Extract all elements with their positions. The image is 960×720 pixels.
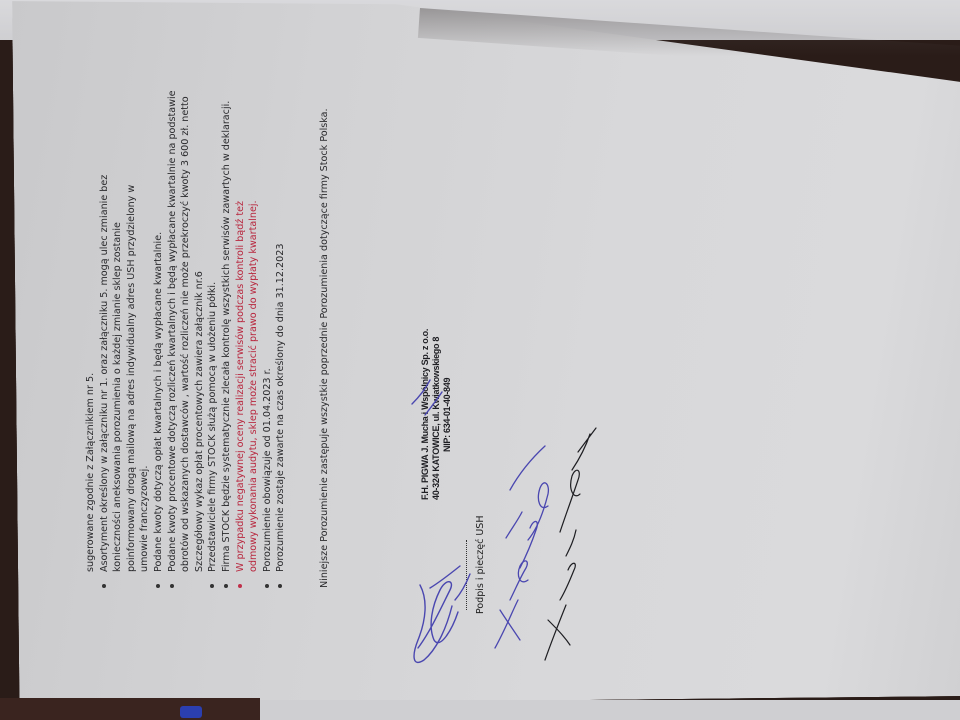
- stamp-nip: NIP: 634-01-40-849: [442, 329, 453, 500]
- item-line: poinformowany drogą mailową na adres ind…: [125, 28, 139, 572]
- stamp-address: 40-324 KATOWICE, ul. Kwiatkowskiego 8: [431, 329, 442, 500]
- bullet-icon: [278, 584, 282, 588]
- bullet-icon: [265, 584, 269, 588]
- list-item: Podane kwoty procentowe dotyczą rozlicze…: [166, 28, 207, 588]
- bullet-icon: [102, 584, 106, 588]
- signature-label: Podpis i pieczęć USH: [475, 516, 486, 614]
- list-item: Przedstawiciele firmy STOCK służą pomocą…: [206, 28, 220, 588]
- item-line: konieczności aneksowania porozumienia o …: [111, 28, 125, 572]
- company-stamp: F.H. PIGWA J. Mucha i Wspólnicy Sp. z o.…: [420, 329, 453, 500]
- bullet-icon: [210, 584, 214, 588]
- list-item: Podane kwoty dotyczą opłat kwartalnych i…: [152, 28, 166, 588]
- bullet-icon: [238, 584, 242, 588]
- item-line: umowie franczyzowej.: [138, 28, 152, 572]
- bullet-icon: [170, 584, 174, 588]
- underlying-page-edge: [250, 700, 960, 720]
- closing-statement: Niniejsze Porozumienie zastępuje wszystk…: [318, 28, 332, 588]
- blue-object: [180, 706, 202, 718]
- bullet-icon: [224, 584, 228, 588]
- item-line: Szczegółowy wykaz opłat procentowych zaw…: [193, 28, 207, 572]
- table-surface: [0, 698, 260, 720]
- stamp-company-name: F.H. PIGWA J. Mucha i Wspólnicy Sp. z o.…: [420, 329, 431, 500]
- item-line: Porozumienie obowiązuje od 01.04.2023 r.: [261, 28, 275, 572]
- item-line: Podane kwoty procentowe dotyczą rozlicze…: [166, 28, 180, 572]
- list-item: Porozumienie obowiązuje od 01.04.2023 r.: [261, 28, 275, 588]
- list-item: Firma STOCK będzie systematycznie zlecał…: [220, 28, 234, 588]
- item-line: Przedstawiciele firmy STOCK służą pomocą…: [206, 28, 220, 572]
- list-item: Porozumienie zostaje zawarte na czas okr…: [274, 28, 288, 588]
- item-line: Firma STOCK będzie systematycznie zlecał…: [220, 28, 234, 572]
- list-item: Asortyment określony w załączniku nr 1. …: [98, 28, 152, 588]
- signature-dotted-line: [466, 540, 468, 610]
- list-item-warning: W przypadku negatywnej oceny realizacji …: [234, 28, 261, 588]
- item-line: Porozumienie zostaje zawarte na czas okr…: [274, 28, 288, 572]
- terms-list: Asortyment określony w załączniku nr 1. …: [98, 28, 288, 588]
- item-line: Asortyment określony w załączniku nr 1. …: [98, 28, 112, 572]
- document-body: sugerowane zgodnie z Załącznikiem nr 5. …: [84, 28, 332, 588]
- bullet-icon: [156, 584, 160, 588]
- item-line: Podane kwoty dotyczą opłat kwartalnych i…: [152, 28, 166, 572]
- item-line: obrotów od wskazanych dostawców , wartoś…: [179, 28, 193, 572]
- intro-line: sugerowane zgodnie z Załącznikiem nr 5.: [84, 28, 98, 588]
- item-line: odmowy wykonania audytu, sklep może stra…: [247, 28, 261, 572]
- item-line: W przypadku negatywnej oceny realizacji …: [234, 28, 248, 572]
